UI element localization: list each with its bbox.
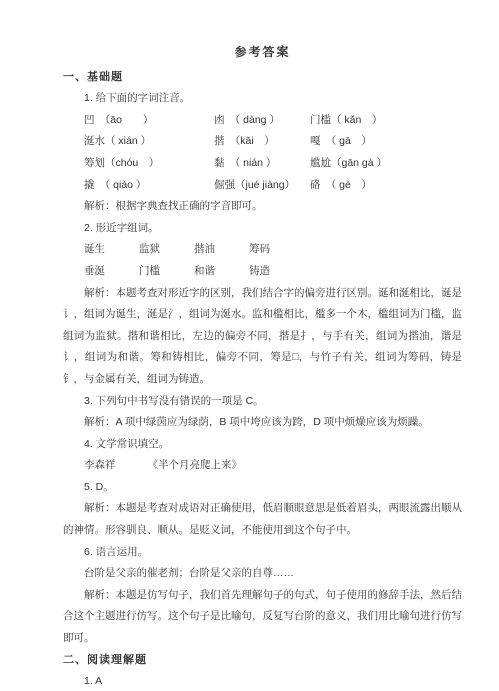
q3-label: 3. 下列句中书写没有错误的一项是 C。 bbox=[63, 391, 462, 413]
q3-analysis: 解析：A 项中绿茵应为绿荫，B 项中垮应该为跨，D 项中烦燥应该为烦躁。 bbox=[63, 412, 462, 434]
q4-author: 李森祥 bbox=[84, 455, 116, 477]
q4-label: 4. 文学常识填空。 bbox=[63, 434, 462, 456]
section-1-heading: 一、基础题 bbox=[63, 67, 462, 89]
pinyin-cell: 筹划（chóu ） bbox=[84, 153, 214, 175]
q1-label: 1. 给下面的字词注音。 bbox=[63, 88, 462, 110]
pinyin-cell: 尴尬（gān gà ） bbox=[310, 153, 462, 175]
pinyin-cell: 黏 （ nián ） bbox=[214, 153, 310, 175]
section-2-heading: 二、阅读理解题 bbox=[63, 650, 462, 672]
pinyin-cell: 嘎 （ gā ） bbox=[310, 131, 462, 153]
spacer bbox=[116, 455, 148, 477]
pinyin-cell: 揩 （kāi ） bbox=[214, 131, 310, 153]
q6-analysis: 解析：本题是仿写句子，我们首先理解句子的句式，句子使用的修辞手法，然后结合这个主… bbox=[63, 585, 462, 650]
word-cell: 门槛 bbox=[139, 261, 194, 283]
s2-q1-answer: 1. A bbox=[63, 671, 462, 691]
answer-sheet-page: 参考答案 一、基础题 1. 给下面的字词注音。 凹 （āo ） 凼 （ dàng… bbox=[0, 0, 499, 691]
q5-analysis: 解析：本题是考查对成语对正确使用，低眉顺眼意思是低着眉头，两眼流露出顺从的神情。… bbox=[63, 498, 462, 541]
pinyin-cell: 凼 （ dàng ） bbox=[214, 110, 310, 132]
q2-label: 2. 形近字组词。 bbox=[63, 218, 462, 240]
word-cell: 垂涎 bbox=[84, 261, 139, 283]
word-cell: 诞生 bbox=[84, 239, 139, 261]
pinyin-row: 撬 （ qiào ） 倔强（jué jiàng） 硌 （ gè ） bbox=[63, 175, 462, 197]
pinyin-row: 筹划（chóu ） 黏 （ nián ） 尴尬（gān gà ） bbox=[63, 153, 462, 175]
word-cell: 和谐 bbox=[194, 261, 249, 283]
q4-work: 《半个月亮爬上来》 bbox=[148, 455, 243, 477]
q6-answer: 台阶是父亲的催老剂；台阶是父亲的自尊…… bbox=[63, 563, 462, 585]
pinyin-cell: 硌 （ gè ） bbox=[310, 175, 462, 197]
word-row: 垂涎 门槛 和谐 铸造 bbox=[63, 261, 462, 283]
word-cell: 监狱 bbox=[139, 239, 194, 261]
q2-analysis: 解析：本题考查对形近字的区别，我们结合字的偏旁进行区别。诞和涎相比，诞是讠，组词… bbox=[63, 283, 462, 391]
word-cell: 铸造 bbox=[249, 261, 304, 283]
word-row: 诞生 监狱 揩油 筹码 bbox=[63, 239, 462, 261]
q1-analysis: 解析：根据字典查找正确的字音即可。 bbox=[63, 196, 462, 218]
q5-label: 5. D。 bbox=[63, 477, 462, 499]
word-cell: 筹码 bbox=[249, 239, 304, 261]
word-grid: 诞生 监狱 揩油 筹码 垂涎 门槛 和谐 铸造 bbox=[63, 239, 462, 282]
doc-title: 参考答案 bbox=[63, 42, 462, 64]
q4-answer: 李森祥 《半个月亮爬上来》 bbox=[63, 455, 462, 477]
pinyin-row: 涎水（ xián ） 揩 （kāi ） 嘎 （ gā ） bbox=[63, 131, 462, 153]
pinyin-row: 凹 （āo ） 凼 （ dàng ） 门槛（ kǎn ） bbox=[63, 110, 462, 132]
pinyin-cell: 撬 （ qiào ） bbox=[84, 175, 214, 197]
pinyin-cell: 倔强（jué jiàng） bbox=[214, 175, 310, 197]
pinyin-grid: 凹 （āo ） 凼 （ dàng ） 门槛（ kǎn ） 涎水（ xián ） … bbox=[63, 110, 462, 196]
pinyin-cell: 凹 （āo ） bbox=[84, 110, 214, 132]
pinyin-cell: 门槛（ kǎn ） bbox=[310, 110, 462, 132]
q6-label: 6. 语言运用。 bbox=[63, 542, 462, 564]
pinyin-cell: 涎水（ xián ） bbox=[84, 131, 214, 153]
word-cell: 揩油 bbox=[194, 239, 249, 261]
